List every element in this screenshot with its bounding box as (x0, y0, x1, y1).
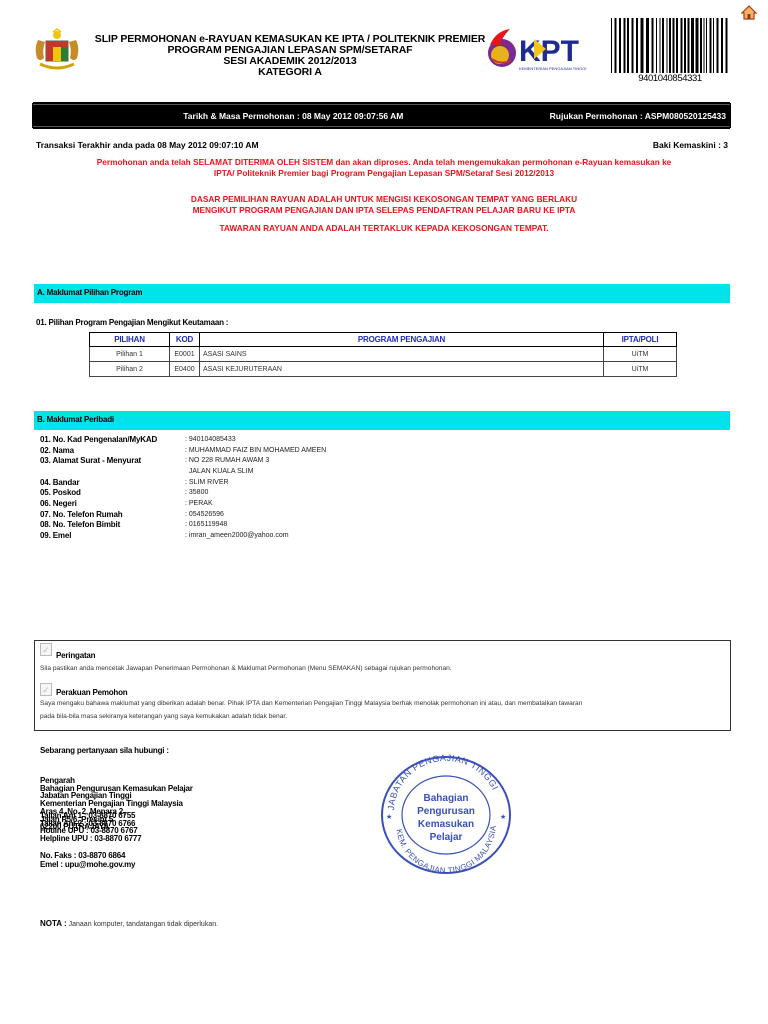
svg-text:Pengurusan: Pengurusan (417, 806, 475, 817)
footer-note: NOTA : Janaan komputer, tandatangan tida… (40, 919, 218, 928)
application-datetime: Tarikh & Masa Permohonan : 08 May 2012 0… (183, 111, 403, 121)
info-label: 01. No. Kad Pengenalan/MyKAD (40, 435, 185, 444)
warning-title: Peringatan (56, 651, 95, 660)
coat-of-arms-logo (32, 28, 82, 72)
info-value: : SLIM RIVER (185, 479, 229, 486)
info-label: 08. No. Telefon Bimbit (40, 520, 185, 529)
offer-notice: TAWARAN RAYUAN ANDA ADALAH TERTAKLUK KEP… (54, 223, 714, 234)
declaration-checkbox[interactable]: ✓ (40, 683, 52, 696)
info-label: 03. Alamat Surat - Menyurat (40, 456, 185, 465)
table-row: Pilihan 2 E0400 ASASI KEJURUTERAAN UiTM (90, 362, 677, 377)
info-value: : 35800 (185, 489, 208, 496)
info-value: : MUHAMMAD FAIZ BIN MOHAMED AMEEN (185, 447, 326, 454)
svg-text:Kemasukan: Kemasukan (418, 819, 474, 830)
checkmark-icon: ✓ (42, 645, 50, 655)
received-message-line-2: IPTA/ Politeknik Premier bagi Program Pe… (54, 168, 714, 179)
policy-message-line-1: DASAR PEMILIHAN RAYUAN ADALAH UNTUK MENG… (54, 194, 714, 205)
contact-heading: Sebarang pertanyaan sila hubungi : (40, 746, 169, 755)
cell-program: ASASI SAINS (200, 347, 604, 362)
contact-email: Emel : upu@mohe.gov.my (40, 860, 135, 869)
info-label: 04. Bandar (40, 478, 185, 487)
notice-box: ✓ Peringatan Sila pastikan anda mencetak… (34, 640, 731, 731)
program-choice-label: 01. Pilihan Program Pengajian Mengikut K… (36, 318, 228, 327)
svg-text:Bahagian: Bahagian (423, 793, 468, 804)
info-row-name: 02. Nama: MUHAMMAD FAIZ BIN MOHAMED AMEE… (40, 445, 540, 456)
official-stamp: JABATAN PENGAJIAN TINGGI KEM. PENGAJIAN … (372, 751, 520, 879)
contact-phones: Talian Am 1 : 03-8870 6755 Talian Am 2 :… (40, 812, 141, 843)
info-value: : 940104085433 (185, 436, 236, 443)
received-message: Permohonan anda telah SELAMAT DITERIMA O… (54, 157, 714, 179)
svg-text:★: ★ (500, 813, 506, 821)
info-label: 02. Nama (40, 446, 185, 455)
svg-text:KPT: KPT (519, 35, 579, 68)
policy-message: DASAR PEMILIHAN RAYUAN ADALAH UNTUK MENG… (54, 194, 714, 216)
col-header-ipta: IPTA/POLI (604, 333, 677, 347)
barcode-number: 9401040854331 (609, 73, 731, 84)
kpt-logo: KPT KEMENTERIAN PENGAJIAN TINGGI (486, 25, 604, 75)
cell-kod: E0001 (170, 347, 200, 362)
info-value: : PERAK (185, 500, 213, 507)
cell-ipta: UiTM (604, 362, 677, 377)
col-header-kod: KOD (170, 333, 200, 347)
info-row-address: 03. Alamat Surat - Menyurat: NO 228 RUMA… (40, 455, 540, 466)
info-value: JALAN KUALA SLIM (185, 468, 253, 475)
info-row-address-2: JALAN KUALA SLIM (40, 466, 540, 477)
info-row-town: 04. Bandar: SLIM RIVER (40, 477, 540, 488)
info-row-mobile-phone: 08. No. Telefon Bimbit: 0165119948 (40, 520, 540, 531)
info-bar: Tarikh & Masa Permohonan : 08 May 2012 0… (33, 104, 730, 127)
declaration-text-line-2: pada bila-bila masa sekiranya keterangan… (40, 711, 720, 724)
document-title: SLIP PERMOHONAN e-RAYUAN KEMASUKAN KE IP… (88, 34, 492, 78)
received-message-line-1: Permohonan anda telah SELAMAT DITERIMA O… (54, 157, 714, 168)
declaration-text: Saya mengaku bahawa maklumat yang diberi… (40, 698, 720, 723)
nota-text: Janaan komputer, tandatangan tidak diper… (67, 921, 218, 928)
home-icon[interactable] (741, 5, 757, 20)
info-row-state: 06. Negeri: PERAK (40, 498, 540, 509)
table-header-row: PILIHAN KOD PROGRAM PENGAJIAN IPTA/POLI (90, 333, 677, 347)
cell-program: ASASI KEJURUTERAAN (200, 362, 604, 377)
info-row-mykad: 01. No. Kad Pengenalan/MyKAD: 9401040854… (40, 434, 540, 445)
info-label: 09. Emel (40, 531, 185, 540)
info-value: : imran_ameen2000@yahoo.com (185, 532, 289, 539)
section-b-header: B. Maklumat Peribadi (34, 411, 730, 430)
checkmark-icon: ✓ (42, 685, 50, 695)
declaration-text-line-1: Saya mengaku bahawa maklumat yang diberi… (40, 698, 720, 711)
info-label: 05. Poskod (40, 488, 185, 497)
application-reference: Rujukan Permohonan : ASPM080520125433 (550, 111, 726, 121)
warning-checkbox[interactable]: ✓ (40, 643, 52, 656)
cell-kod: E0400 (170, 362, 200, 377)
title-line-4: KATEGORI A (88, 67, 492, 78)
warning-text: Sila pastikan anda mencetak Jawapan Pene… (40, 663, 720, 676)
info-label: 07. No. Telefon Rumah (40, 510, 185, 519)
info-row-email: 09. Emel: imran_ameen2000@yahoo.com (40, 530, 540, 541)
info-value: : NO 228 RUMAH AWAM 3 (185, 457, 269, 464)
cell-pilihan: Pilihan 1 (90, 347, 170, 362)
svg-text:KEMENTERIAN PENGAJIAN TINGGI: KEMENTERIAN PENGAJIAN TINGGI (519, 66, 587, 71)
transaction-row: Transaksi Terakhir anda pada 08 May 2012… (36, 140, 728, 150)
contact-fax-email: No. Faks : 03-8870 6864 Emel : upu@mohe.… (40, 851, 135, 869)
section-a-header: A. Maklumat Pilihan Program (34, 284, 730, 303)
info-row-home-phone: 07. No. Telefon Rumah: 054526596 (40, 509, 540, 520)
col-header-program: PROGRAM PENGAJIAN (200, 333, 604, 347)
declaration-title: Perakuan Pemohon (56, 688, 128, 697)
policy-message-line-2: MENGIKUT PROGRAM PENGAJIAN DAN IPTA SELE… (54, 205, 714, 216)
info-value: : 054526596 (185, 511, 224, 518)
info-label: 06. Negeri (40, 499, 185, 508)
program-choice-table: PILIHAN KOD PROGRAM PENGAJIAN IPTA/POLI … (89, 332, 677, 377)
personal-info: 01. No. Kad Pengenalan/MyKAD: 9401040854… (40, 434, 540, 541)
svg-text:Pelajar: Pelajar (430, 832, 463, 843)
info-row-postcode: 05. Poskod: 35800 (40, 487, 540, 498)
last-transaction: Transaksi Terakhir anda pada 08 May 2012… (36, 140, 259, 150)
cell-ipta: UiTM (604, 347, 677, 362)
table-row: Pilihan 1 E0001 ASASI SAINS UiTM (90, 347, 677, 362)
remaining-updates: Baki Kemaskini : 3 (653, 140, 728, 150)
svg-text:★: ★ (386, 813, 392, 821)
cell-pilihan: Pilihan 2 (90, 362, 170, 377)
col-header-pilihan: PILIHAN (90, 333, 170, 347)
info-value: : 0165119948 (185, 521, 227, 528)
fax-number: No. Faks : 03-8870 6864 (40, 851, 135, 860)
nota-label: NOTA : (40, 919, 67, 928)
phone-line: Helpline UPU : 03-8870 6777 (40, 835, 141, 843)
